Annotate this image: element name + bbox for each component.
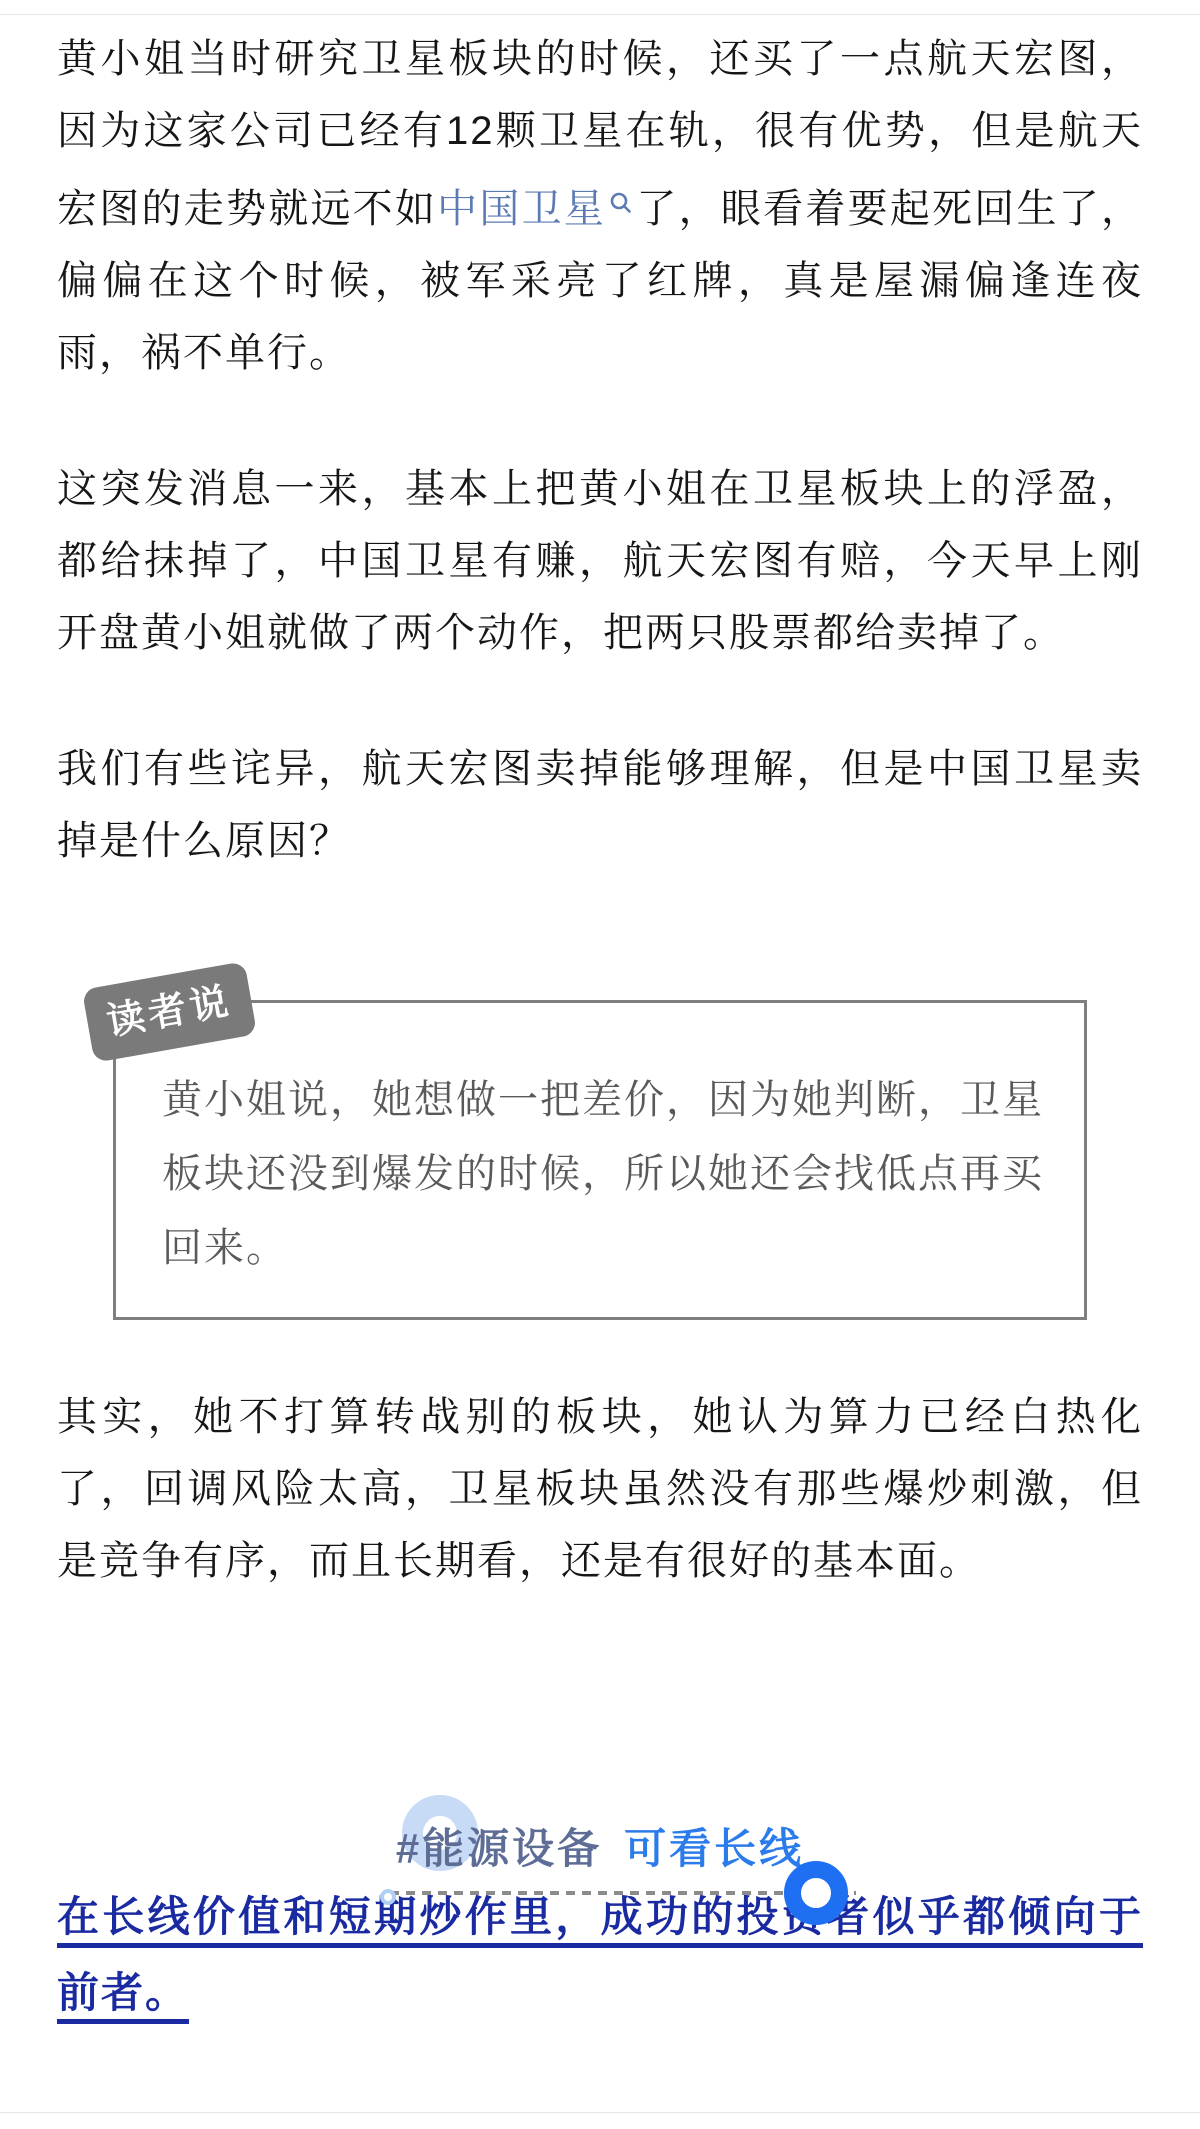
topic-suffix: 可看长线 [624,1825,804,1872]
stock-link-zhongguoweixing[interactable]: 中国卫星 [437,187,636,231]
search-icon[interactable] [608,167,634,239]
paragraph-4: 其实，她不打算转战别的板块，她认为算力已经白热化了，回调风险太高，卫星板块虽然没… [57,1381,1143,1597]
topic-tag-widget[interactable]: #能源设备可看长线 [396,1819,804,1879]
paragraph-2: 这突发消息一来，基本上把黄小姐在卫星板块上的浮盈，都给抹掉了，中国卫星有赚，航天… [57,453,1143,669]
article-page: 黄小姐当时研究卫星板块的时候，还买了一点航天宏图，因为这家公司已经有12颗卫星在… [0,0,1200,2129]
decorative-ring-small-icon [380,1889,396,1905]
reader-quote-text: 黄小姐说，她想做一把差价，因为她判断，卫星板块还没到爆发的时候，所以她还会找低点… [162,1063,1044,1285]
reader-quote-section: 读者说 黄小姐说，她想做一把差价，因为她判断，卫星板块还没到爆发的时候，所以她还… [113,1000,1087,1320]
stock-link-label: 中国卫星 [437,187,606,231]
paragraph-3: 我们有些诧异，航天宏图卖掉能够理解，但是中国卫星卖掉是什么原因？ [57,733,1143,877]
bottom-divider [0,2112,1200,2113]
topic-row: #能源设备可看长线 [57,1819,1143,1879]
article-body: 黄小姐当时研究卫星板块的时候，还买了一点航天宏图，因为这家公司已经有12颗卫星在… [0,23,1200,2031]
decorative-ring-blue-icon [784,1861,848,1925]
reader-quote-box: 黄小姐说，她想做一把差价，因为她判断，卫星板块还没到爆发的时候，所以她还会找低点… [113,1000,1087,1320]
paragraph-1: 黄小姐当时研究卫星板块的时候，还买了一点航天宏图，因为这家公司已经有12颗卫星在… [57,23,1143,389]
top-divider [0,14,1200,15]
closing-headline: 在长线价值和短期炒作里，成功的投资者似乎都倾向于前者。 [57,1879,1143,2031]
topic-hashtag[interactable]: #能源设备 [396,1825,602,1872]
